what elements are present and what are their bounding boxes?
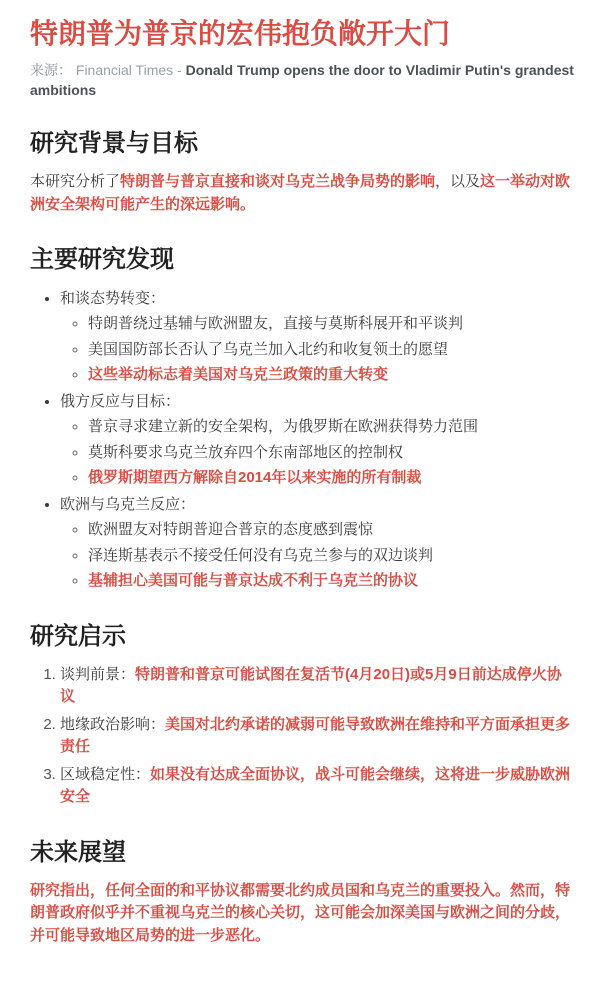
finding-group: 俄方反应与目标：普京寻求建立新的安全架构，为俄罗斯在欧洲获得势力范围莫斯科要求乌… bbox=[60, 391, 574, 490]
finding-item: 基辅担心美国可能与普京达成不利于乌克兰的协议 bbox=[88, 570, 574, 593]
finding-group: 和谈态势转变：特朗普绕过基辅与欧洲盟友，直接与莫斯科展开和平谈判美国国防部长否认… bbox=[60, 288, 574, 387]
plain-text: 莫斯科要求乌克兰放弃四个东南部地区的控制权 bbox=[88, 444, 403, 461]
finding-item: 泽连斯基表示不接受任何没有乌克兰参与的双边谈判 bbox=[88, 545, 574, 568]
finding-item: 莫斯科要求乌克兰放弃四个东南部地区的控制权 bbox=[88, 442, 574, 465]
findings-list: 和谈态势转变：特朗普绕过基辅与欧洲盟友，直接与莫斯科展开和平谈判美国国防部长否认… bbox=[30, 288, 574, 593]
emphasis-text: 这些举动标志着美国对乌克兰政策的重大转变 bbox=[88, 366, 388, 383]
implication-label: 区域稳定性： bbox=[60, 766, 150, 783]
plain-text: 泽连斯基表示不接受任何没有乌克兰参与的双边谈判 bbox=[88, 547, 433, 564]
implication-item: 地缘政治影响：美国对北约承诺的减弱可能导致欧洲在维持和平方面承担更多责任 bbox=[60, 714, 574, 759]
background-paragraph: 本研究分析了特朗普与普京直接和谈对乌克兰战争局势的影响，以及这一举动对欧洲安全架… bbox=[30, 171, 574, 216]
implication-item: 谈判前景：特朗普和普京可能试图在复活节(4月20日)或5月9日前达成停火协议 bbox=[60, 664, 574, 709]
implication-label: 谈判前景： bbox=[60, 666, 135, 683]
implication-label: 地缘政治影响： bbox=[60, 716, 165, 733]
finding-group: 欧洲与乌克兰反应：欧洲盟友对特朗普迎合普京的态度感到震惊泽连斯基表示不接受任何没… bbox=[60, 494, 574, 593]
finding-group-label: 欧洲与乌克兰反应： bbox=[60, 496, 195, 513]
finding-item: 这些举动标志着美国对乌克兰政策的重大转变 bbox=[88, 364, 574, 387]
source-label: 来源： bbox=[30, 62, 72, 78]
finding-sublist: 特朗普绕过基辅与欧洲盟友，直接与莫斯科展开和平谈判美国国防部长否认了乌克兰加入北… bbox=[60, 313, 574, 387]
outlook-paragraph: 研究指出，任何全面的和平协议都需要北约成员国和乌克兰的重要投入。然而，特朗普政府… bbox=[30, 880, 574, 948]
finding-sublist: 欧洲盟友对特朗普迎合普京的态度感到震惊泽连斯基表示不接受任何没有乌克兰参与的双边… bbox=[60, 519, 574, 593]
plain-text: 特朗普绕过基辅与欧洲盟友，直接与莫斯科展开和平谈判 bbox=[88, 315, 463, 332]
plain-text: 美国国防部长否认了乌克兰加入北约和收复领土的愿望 bbox=[88, 341, 448, 358]
implication-item: 区域稳定性：如果没有达成全面协议，战斗可能会继续，这将进一步威胁欧洲安全 bbox=[60, 764, 574, 809]
emphasis-text: 基辅担心美国可能与普京达成不利于乌克兰的协议 bbox=[88, 572, 418, 589]
finding-sublist: 普京寻求建立新的安全架构，为俄罗斯在欧洲获得势力范围莫斯科要求乌克兰放弃四个东南… bbox=[60, 416, 574, 490]
emphasis-text: 俄罗斯期望西方解除自2014年以来实施的所有制裁 bbox=[88, 469, 421, 486]
finding-group-label: 俄方反应与目标： bbox=[60, 393, 180, 410]
finding-item: 俄罗斯期望西方解除自2014年以来实施的所有制裁 bbox=[88, 467, 574, 490]
plain-text: 普京寻求建立新的安全架构，为俄罗斯在欧洲获得势力范围 bbox=[88, 418, 478, 435]
section-heading-background: 研究背景与目标 bbox=[30, 128, 574, 159]
section-heading-implications: 研究启示 bbox=[30, 621, 574, 652]
section-heading-outlook: 未来展望 bbox=[30, 837, 574, 868]
finding-item: 欧洲盟友对特朗普迎合普京的态度感到震惊 bbox=[88, 519, 574, 542]
emphasis-text: 研究指出，任何全面的和平协议都需要北约成员国和乌克兰的重要投入。然而，特朗普政府… bbox=[30, 882, 570, 944]
finding-item: 普京寻求建立新的安全架构，为俄罗斯在欧洲获得势力范围 bbox=[88, 416, 574, 439]
finding-item: 美国国防部长否认了乌克兰加入北约和收复领土的愿望 bbox=[88, 339, 574, 362]
page-title: 特朗普为普京的宏伟抱负敞开大门 bbox=[30, 16, 574, 51]
source-publisher: Financial Times bbox=[76, 62, 173, 78]
emphasis-text: 特朗普与普京直接和谈对乌克兰战争局势的影响 bbox=[120, 173, 435, 190]
plain-text: 本研究分析了 bbox=[30, 173, 120, 190]
plain-text: 欧洲盟友对特朗普迎合普京的态度感到震惊 bbox=[88, 521, 373, 538]
source-line: 来源： Financial Times - Donald Trump opens… bbox=[30, 61, 574, 100]
finding-group-label: 和谈态势转变： bbox=[60, 290, 165, 307]
section-heading-findings: 主要研究发现 bbox=[30, 244, 574, 275]
source-separator: - bbox=[177, 62, 186, 78]
implications-list: 谈判前景：特朗普和普京可能试图在复活节(4月20日)或5月9日前达成停火协议地缘… bbox=[30, 664, 574, 809]
emphasis-text: 特朗普和普京可能试图在复活节(4月20日)或5月9日前达成停火协议 bbox=[60, 666, 562, 706]
report-document: 特朗普为普京的宏伟抱负敞开大门 来源： Financial Times - Do… bbox=[0, 0, 604, 983]
finding-item: 特朗普绕过基辅与欧洲盟友，直接与莫斯科展开和平谈判 bbox=[88, 313, 574, 336]
plain-text: ，以及 bbox=[435, 173, 480, 190]
